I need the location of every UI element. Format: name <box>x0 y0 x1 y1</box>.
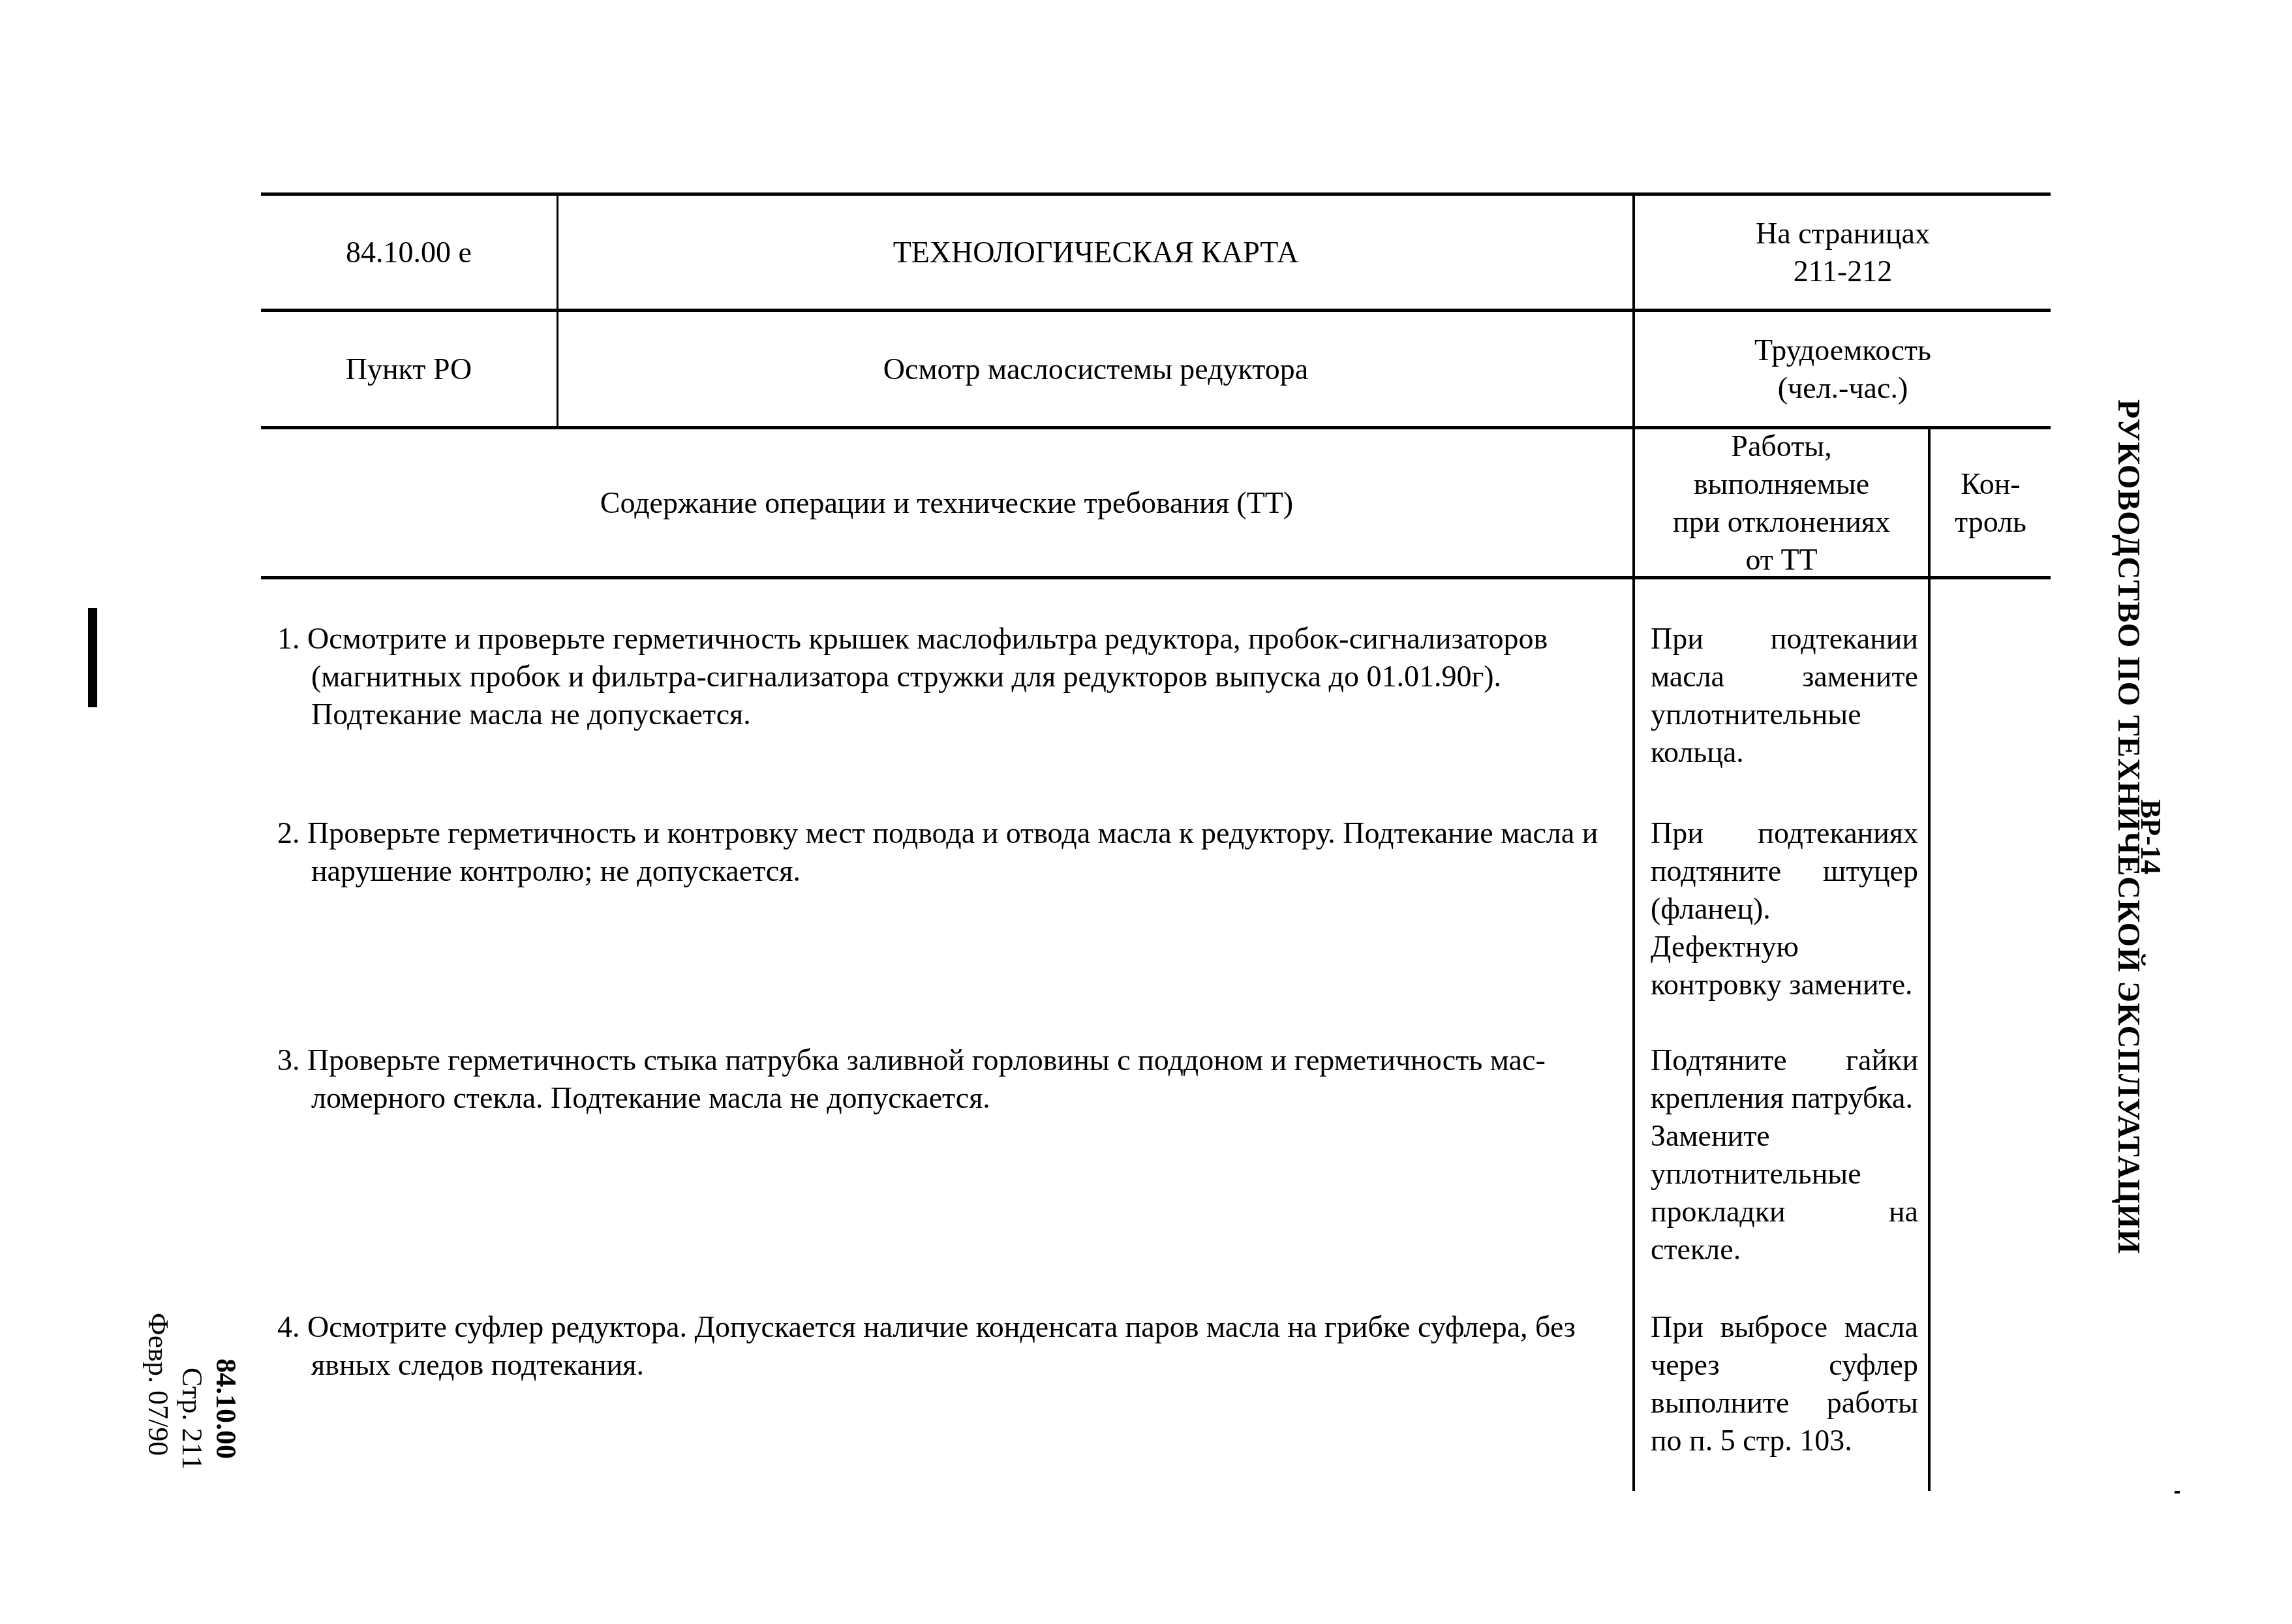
col3-divider <box>1928 427 1931 1491</box>
col-header-actions-line: Работы, <box>1731 427 1831 465</box>
item-title: Осмотр маслосистемы редуктора <box>883 350 1308 388</box>
model-label: ВР-14 <box>2133 799 2167 874</box>
operation-item-4: 4. Осмотрите суфлер редуктора. Допускает… <box>277 1308 1621 1384</box>
pages-cell: На страницах 211-212 <box>1635 196 2051 309</box>
col-header-actions-line: при отклонениях <box>1673 503 1890 541</box>
action-text: Дефектную контровку замените. <box>1651 928 1918 1004</box>
action-text: При подтекании масла замените уплотнител… <box>1651 620 1918 771</box>
footer-date: Февр. 07/90 <box>141 1313 175 1470</box>
action-text: Подтяните гайки крепления патрубка. <box>1651 1041 1918 1117</box>
pages-value: 211-212 <box>1794 253 1893 290</box>
binding-mark <box>88 608 97 707</box>
doc-code-text: 84.10.00 е <box>346 234 472 271</box>
labor-label: Трудоемкость <box>1754 331 1931 369</box>
col-header-control: Кон- троль <box>1931 429 2051 576</box>
doc-title: ТЕХНОЛОГИЧЕСКАЯ КАРТА <box>559 196 1632 309</box>
action-text: При выбросе масла через суфлер выполните… <box>1651 1308 1918 1460</box>
item-label: Пункт РО <box>346 350 472 388</box>
col-header-actions: Работы, выполняемые при отклонениях от Т… <box>1635 429 1928 576</box>
item-title-cell: Осмотр маслосистемы редуктора <box>559 312 1632 426</box>
col-header-content: Содержание операции и технические требов… <box>261 429 1632 576</box>
col-header-control-line: Кон- <box>1961 465 2020 503</box>
col-header-content-text: Содержание операции и технические требов… <box>600 484 1293 522</box>
col-header-actions-line: выполняемые <box>1694 465 1869 503</box>
action-item-4: При выбросе масла через суфлер выполните… <box>1651 1308 1918 1460</box>
operation-item-1: 1. Осмотрите и проверьте герметичность к… <box>277 620 1621 733</box>
col-header-actions-line: от ТТ <box>1745 541 1817 579</box>
operation-item-3: 3. Проверьте герметичность стыка патрубк… <box>277 1041 1621 1117</box>
doc-title-text: ТЕХНОЛОГИЧЕСКАЯ КАРТА <box>893 234 1299 271</box>
footer-block: 84.10.00 Стр. 211 Февр. 07/90 <box>141 1313 243 1470</box>
labor-unit: (чел.-час.) <box>1778 369 1908 407</box>
col-header-control-line: троль <box>1955 503 2026 541</box>
action-item-3: Подтяните гайки крепления патрубка. Заме… <box>1651 1041 1918 1268</box>
footer-page: Стр. 211 <box>175 1313 209 1470</box>
operation-item-2: 2. Проверьте герметичность и контровку м… <box>277 814 1621 890</box>
labor-cell: Трудоемкость (чел.-час.) <box>1635 312 2051 426</box>
pages-label: На страницах <box>1756 215 1930 253</box>
doc-code: 84.10.00 е <box>261 196 557 309</box>
action-text: Замените уплотнительные прокладки на сте… <box>1651 1117 1918 1268</box>
action-item-2: При подтеканиях подтяните штуцер (фланец… <box>1651 814 1918 1004</box>
col1-divider <box>557 194 558 427</box>
footer-section: 84.10.00 <box>209 1313 243 1470</box>
item-label-cell: Пункт РО <box>261 312 557 426</box>
action-text: При подтеканиях подтяните штуцер (фланец… <box>1651 814 1918 928</box>
action-item-1: При подтекании масла замените уплотнител… <box>1651 620 1918 771</box>
scan-mark <box>2175 1491 2180 1494</box>
